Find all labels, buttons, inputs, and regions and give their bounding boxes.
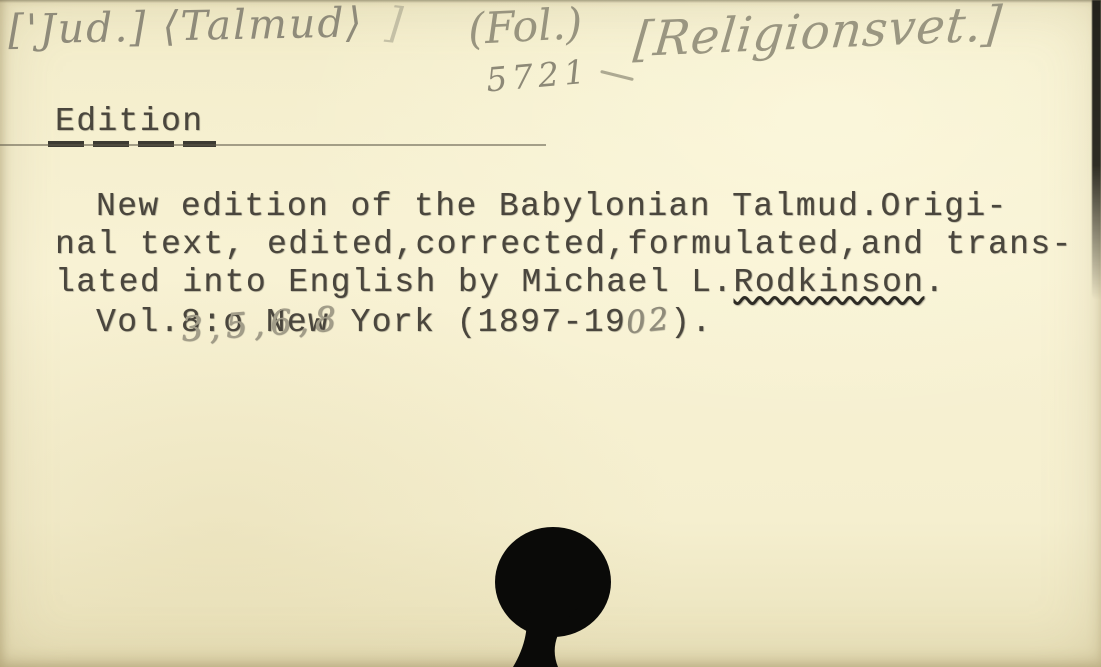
imprint-year-handwritten: 02 — [624, 300, 672, 342]
annotation-stray-bracket: ] — [383, 0, 404, 48]
imprint-close: ). — [670, 304, 712, 341]
catalog-card-scan: ['Jud.] ⟨Talmud⟩ ] (Fol.) 5721 [Religion… — [0, 0, 1101, 667]
punch-hole-keyhole — [488, 518, 620, 667]
body-line-4: Vol.3,5,6,88:o New York (1897-1902). — [96, 302, 1073, 342]
author-name-underlined: Rodkinson — [734, 264, 925, 301]
heading-rule-line — [0, 144, 546, 146]
body-line-3-period: . — [924, 264, 945, 301]
card-heading: Edition — [55, 102, 203, 142]
scan-edge-right — [1092, 0, 1101, 300]
annotation-shelf-number: 5721 — [484, 52, 591, 100]
annotation-format-note: (Fol.) — [467, 0, 584, 55]
body-line-1: New edition of the Babylonian Talmud.Ori… — [96, 188, 1073, 226]
volume-label: Vol. — [96, 304, 181, 341]
body-line-3: lated into English by Michael L.Rodkinso… — [55, 264, 1073, 302]
body-line-2: nal text, edited,corrected,formulated,an… — [55, 226, 1073, 264]
card-body: New edition of the Babylonian Talmud.Ori… — [55, 188, 1073, 342]
annotation-collection-note: [Religionsvet.] — [631, 0, 1004, 68]
pencil-bracket-hook — [600, 70, 634, 81]
annotation-subject-classification: ['Jud.] ⟨Talmud⟩ — [8, 0, 365, 54]
